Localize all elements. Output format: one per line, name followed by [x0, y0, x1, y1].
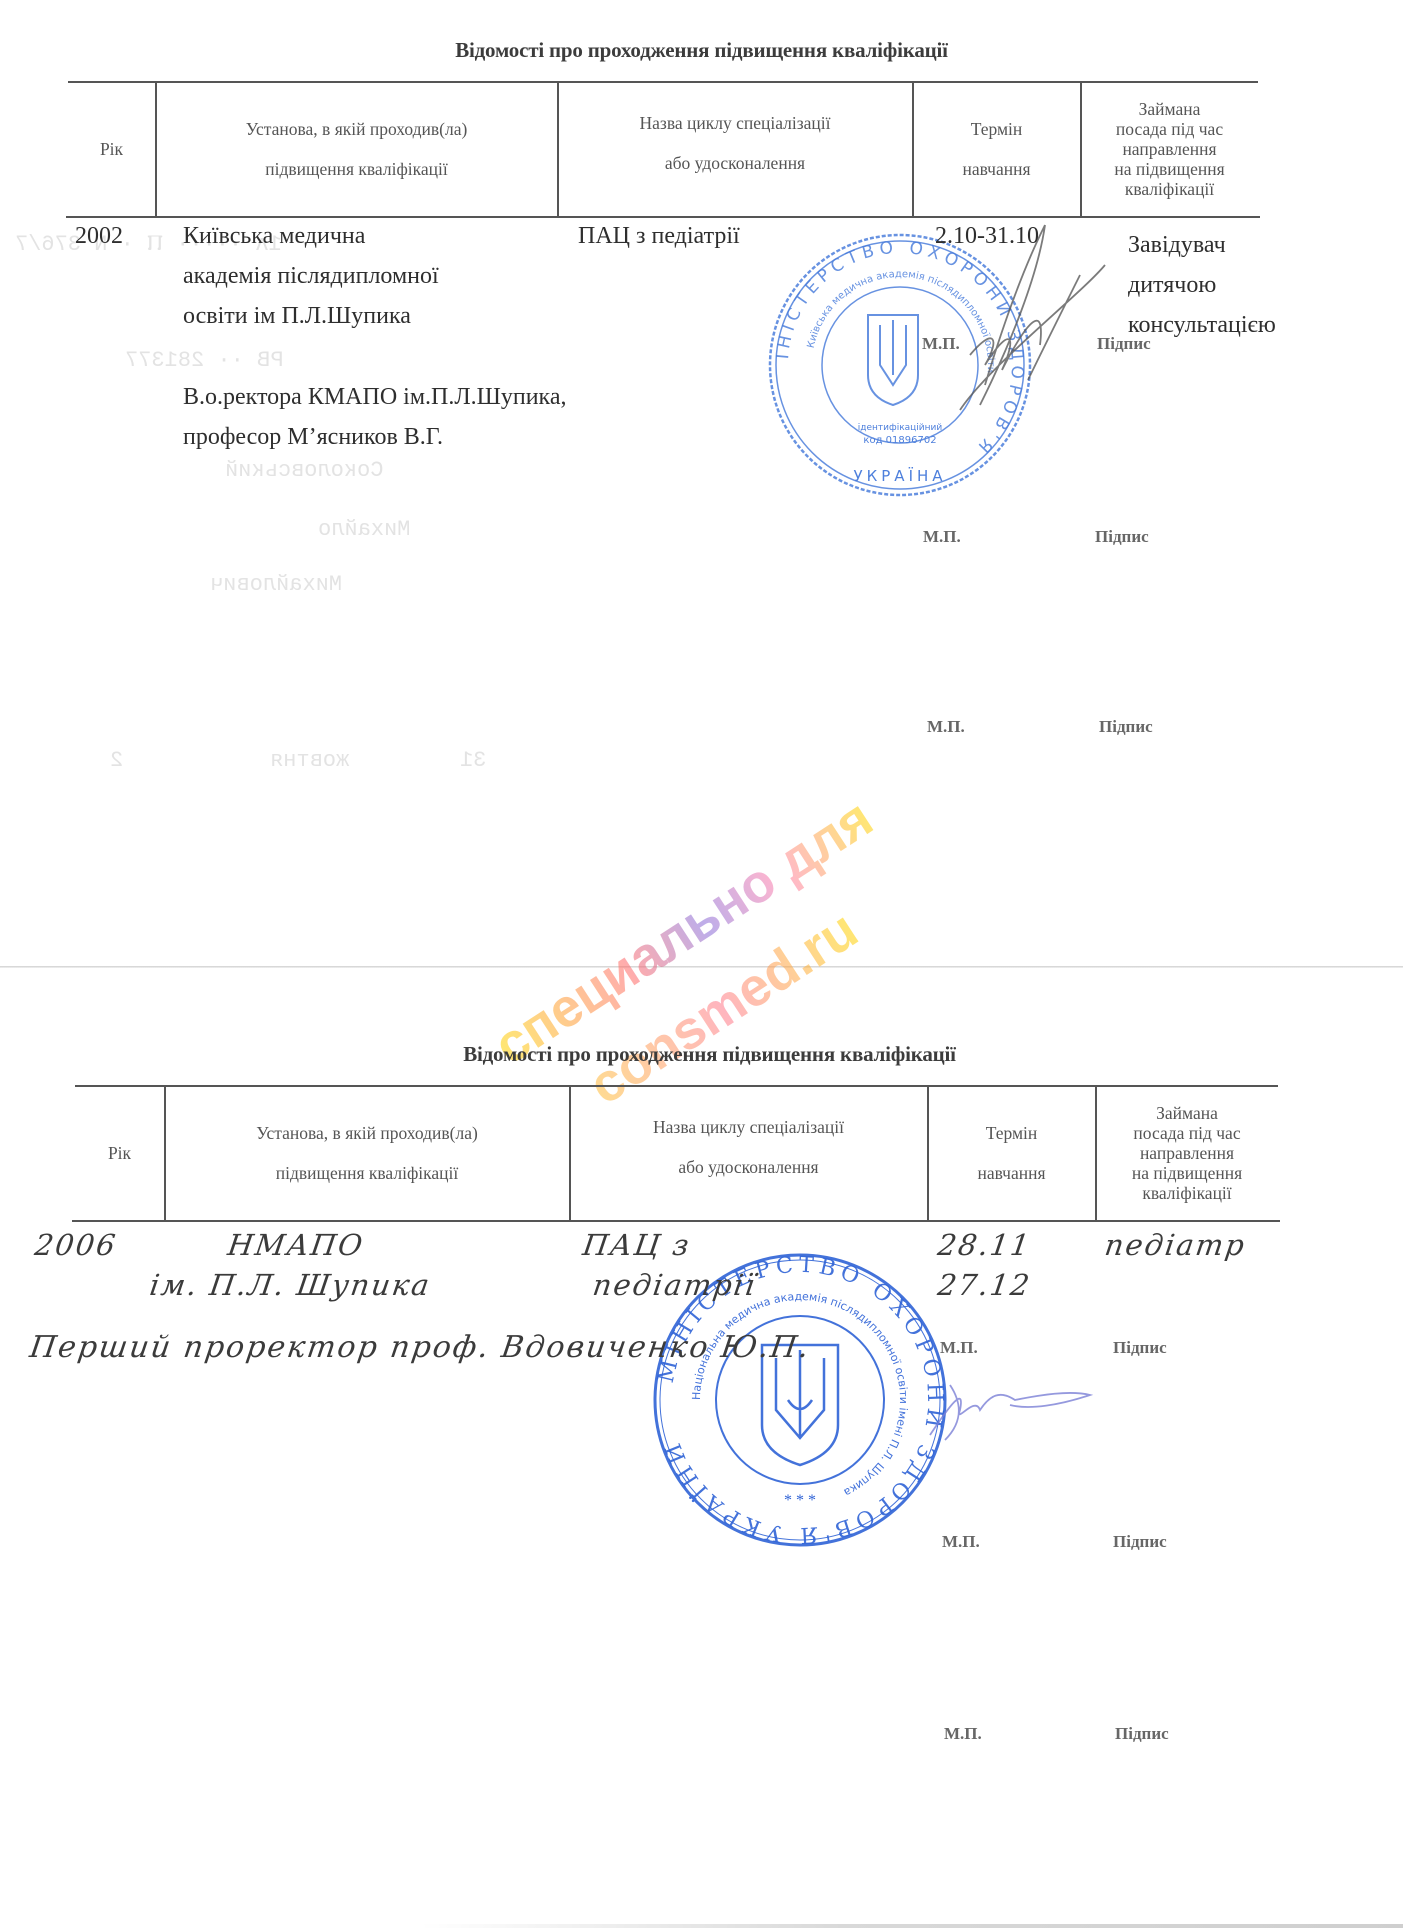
svg-text:* * *: * * *	[784, 1492, 816, 1509]
signature-placeholder-label: Підпис	[1113, 1532, 1167, 1552]
signature-placeholder-label: Підпис	[1113, 1338, 1167, 1358]
stamp-placeholder-label: М.П.	[927, 717, 965, 737]
svg-text:код 01896702: код 01896702	[863, 435, 936, 446]
table-2-header-term: Термін навчання	[928, 1086, 1095, 1220]
stamp-placeholder-label: М.П.	[923, 527, 961, 547]
entry-2-signer: Перший проректор проф. Вдовиченко Ю.П.	[28, 1330, 813, 1365]
table-1-header-cycle: Назва циклу спеціалізації або удосконале…	[558, 76, 912, 210]
signature-icon	[940, 215, 1110, 415]
entry-2-institution-line-2: ім. П.Л. Шупика	[148, 1268, 434, 1302]
table-2-header-year: Рік	[75, 1086, 164, 1220]
signature-placeholder-label: Підпис	[1095, 527, 1149, 547]
bleed-through-text: PB ·· 281377	[125, 348, 283, 373]
table-2-header-bottom-border	[72, 1220, 1280, 1222]
page-bottom-edge	[0, 1924, 1403, 1928]
entry-2-term-start: 28.11	[936, 1228, 1034, 1262]
entry-2-cycle-line-2: педіатрії	[591, 1268, 759, 1302]
section-2-title: Відомості про проходження підвищення ква…	[8, 1042, 1403, 1067]
entry-1-signer: В.о.ректора КМАПО ім.П.Л.Шупика, професо…	[183, 377, 566, 457]
entry-1-year: 2002	[75, 216, 123, 256]
signature-placeholder-label: Підпис	[1097, 334, 1151, 354]
entry-2-position: педіатр	[1103, 1228, 1249, 1262]
table-1-header-term: Термін навчання	[913, 82, 1080, 216]
bleed-through-text: 31	[460, 748, 486, 773]
section-1-title: Відомості про проходження підвищення ква…	[0, 38, 1403, 63]
entry-2-term-end: 27.12	[936, 1268, 1034, 1302]
entry-1-position: Завідувач дитячою консультацією	[1128, 225, 1276, 345]
table-2-header-cycle: Назва циклу спеціалізації або удосконале…	[570, 1080, 927, 1214]
table-1-header-position: Займана посада під час направлення на пі…	[1081, 82, 1258, 216]
signature-icon	[920, 1365, 1140, 1445]
entry-1-institution: Київська медична академія післядипломної…	[183, 216, 439, 336]
bleed-through-text: Михайло	[318, 517, 410, 542]
stamp-placeholder-label: М.П.	[940, 1338, 978, 1358]
table-2-header-institution: Установа, в якій проходив(ла) підвищення…	[165, 1086, 569, 1220]
table-1-header-institution: Установа, в якій проходив(ла) підвищення…	[156, 82, 557, 216]
entry-1-cycle: ПАЦ з педіатрії	[578, 216, 740, 256]
bleed-through-text: жовтня	[270, 748, 349, 773]
bleed-through-text: Соколовський	[225, 458, 383, 483]
table-1-header-year: Рік	[68, 82, 155, 216]
entry-2-institution: НМАПО	[226, 1228, 367, 1262]
signature-placeholder-label: Підпис	[1099, 717, 1153, 737]
stamp-placeholder-label: М.П.	[944, 1724, 982, 1744]
bleed-through-text: Михайлович	[210, 572, 342, 597]
svg-text:УКРАЇНА: УКРАЇНА	[853, 466, 946, 485]
page-edge-divider	[0, 966, 1403, 968]
bleed-through-text: 2	[110, 748, 123, 773]
stamp-placeholder-label: М.П.	[942, 1532, 980, 1552]
entry-2-cycle: ПАЦ з	[581, 1228, 693, 1262]
entry-2-year: 2006	[33, 1228, 120, 1262]
table-2-header-position: Займана посада під час направлення на пі…	[1096, 1086, 1278, 1220]
stamp-placeholder-label: М.П.	[922, 334, 960, 354]
signature-placeholder-label: Підпис	[1115, 1724, 1169, 1744]
svg-text:ідентифікаційний: ідентифікаційний	[858, 423, 943, 433]
